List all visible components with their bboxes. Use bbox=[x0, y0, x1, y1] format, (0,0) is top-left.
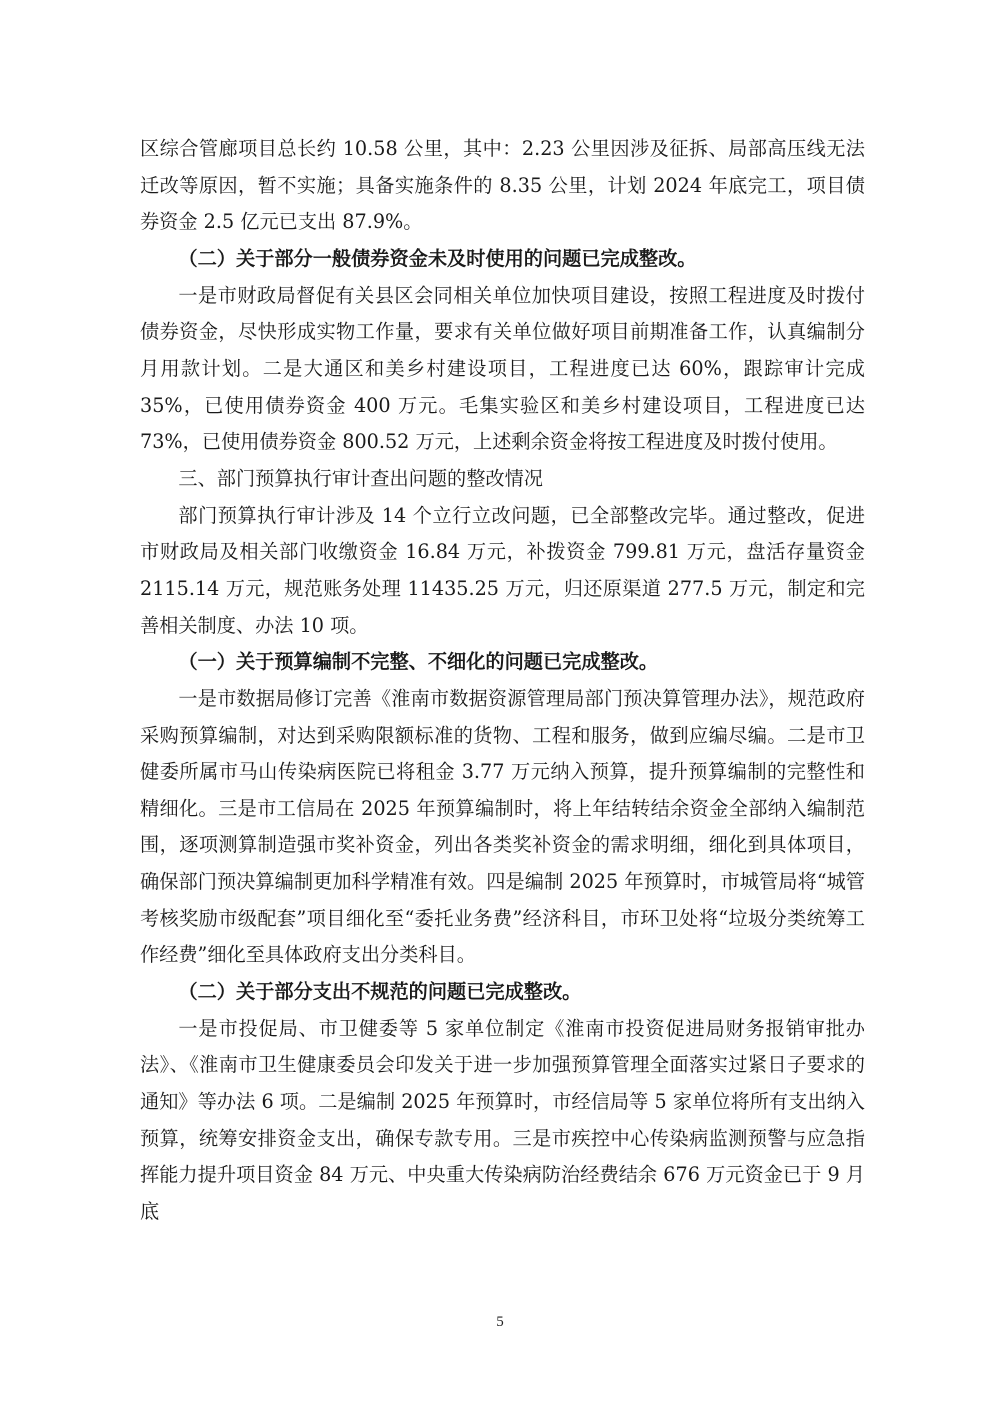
subheading-budget-compilation: （一）关于预算编制不完整、不细化的问题已完成整改。 bbox=[140, 644, 865, 681]
paragraph-bond-funds: 一是市财政局督促有关县区会同相关单位加快项目建设，按照工程进度及时拨付债券资金，… bbox=[140, 278, 865, 461]
paragraph-continued: 区综合管廊项目总长约 10.58 公里，其中：2.23 公里因涉及征拆、局部高压… bbox=[140, 131, 865, 241]
document-page: 区综合管廊项目总长约 10.58 公里，其中：2.23 公里因涉及征拆、局部高压… bbox=[0, 0, 1000, 1415]
section-heading-department-budget: 三、部门预算执行审计查出问题的整改情况 bbox=[140, 461, 865, 498]
subheading-bond-funds: （二）关于部分一般债券资金未及时使用的问题已完成整改。 bbox=[140, 241, 865, 278]
paragraph-expenditure: 一是市投促局、市卫健委等 5 家单位制定《淮南市投资促进局财务报销审批办法》、《… bbox=[140, 1011, 865, 1231]
paragraph-department-budget: 部门预算执行审计涉及 14 个立行立改问题，已全部整改完毕。通过整改，促进市财政… bbox=[140, 498, 865, 645]
subheading-expenditure: （二）关于部分支出不规范的问题已完成整改。 bbox=[140, 974, 865, 1011]
page-number: 5 bbox=[0, 1314, 1000, 1331]
paragraph-budget-compilation: 一是市数据局修订完善《淮南市数据资源管理局部门预决算管理办法》，规范政府采购预算… bbox=[140, 681, 865, 974]
document-body: 区综合管廊项目总长约 10.58 公里，其中：2.23 公里因涉及征拆、局部高压… bbox=[140, 131, 865, 1231]
